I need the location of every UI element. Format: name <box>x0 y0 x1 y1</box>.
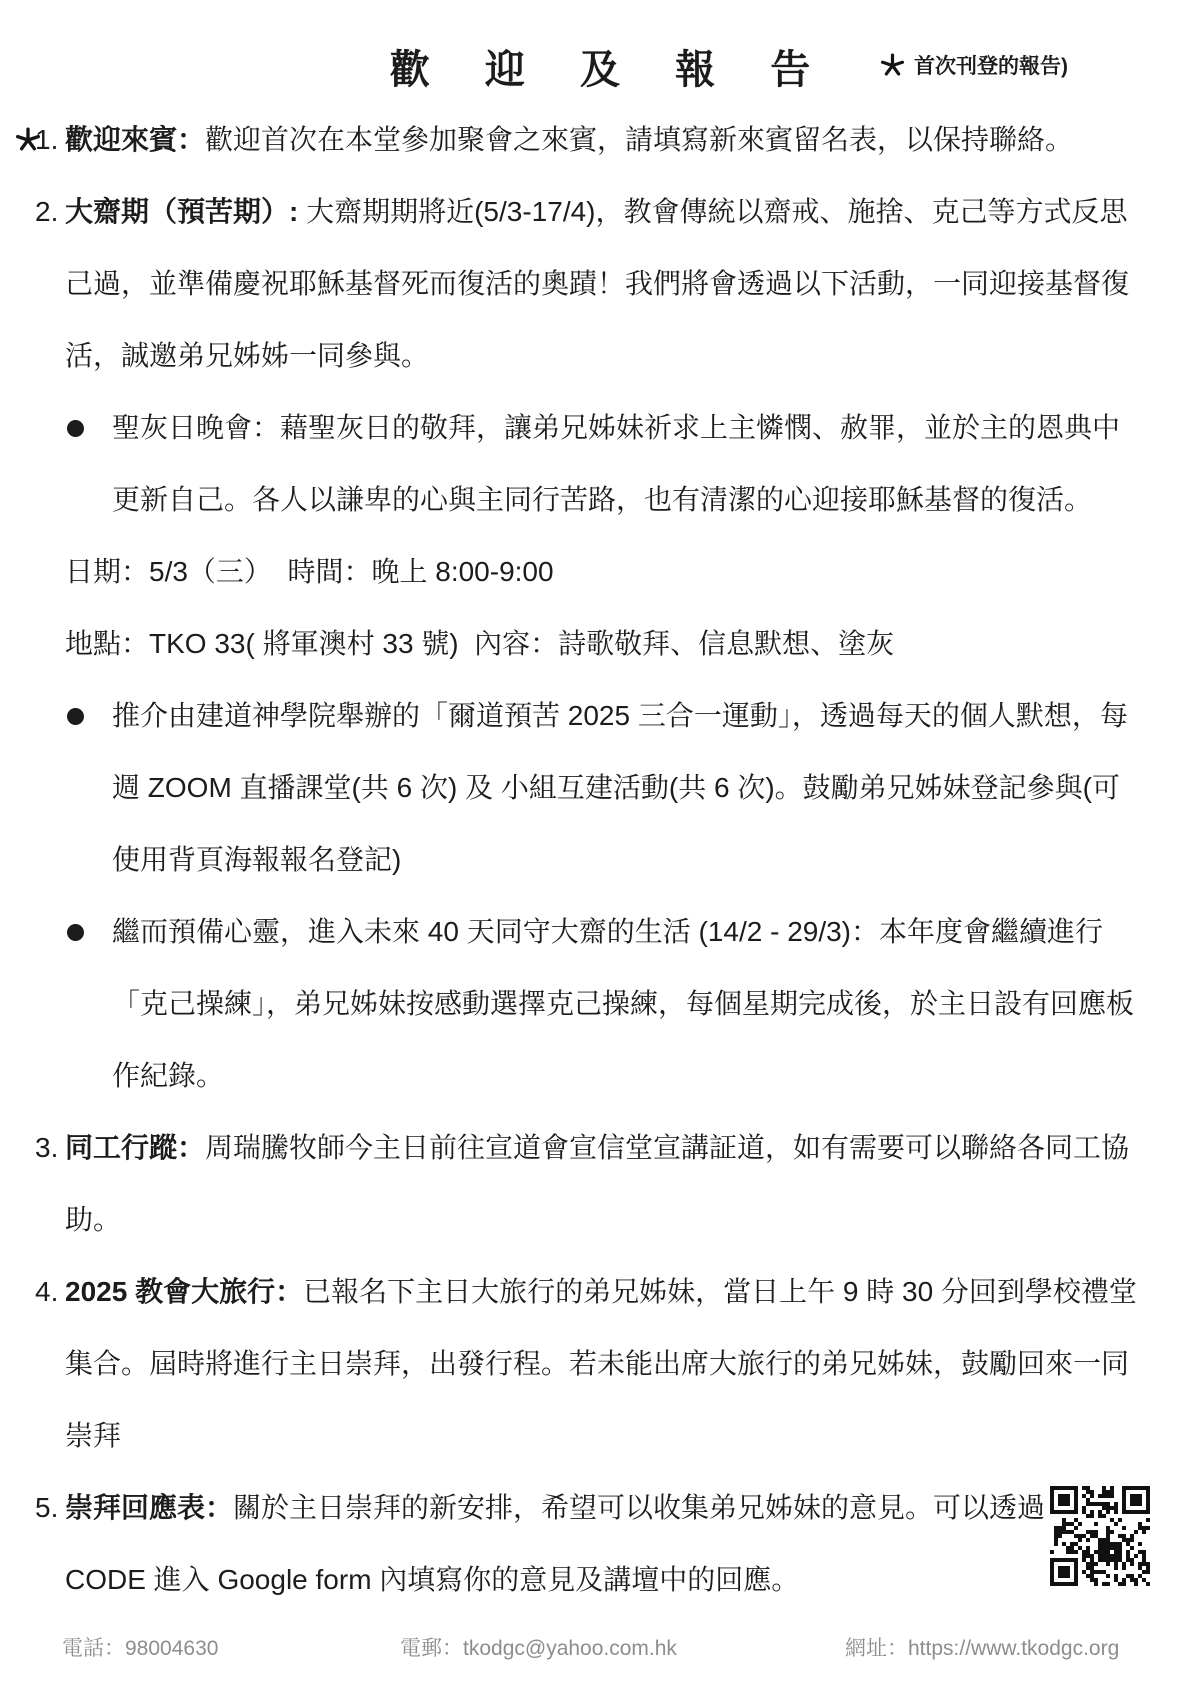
self-denial-bullet: 繼而預備心靈，進入未來 40 天同守大齋的生活 (14/2 - 29/3)：本年… <box>0 896 1200 1112</box>
item-text: 歡迎首次在本堂參加聚會之來賓，請填寫新來賓留名表，以保持聯絡。 <box>205 124 1073 155</box>
item-heading: 大齋期（預苦期）: <box>65 196 306 227</box>
item-heading: 崇拜回應表： <box>65 1492 233 1523</box>
item-heading: 同工行蹤： <box>65 1132 205 1163</box>
endao-lent-bullet: 推介由建道神學院舉辦的「爾道預苦 2025 三合一運動」，透過每天的個人默想，每… <box>0 680 1200 896</box>
footer-website: 網址：https://www.tkodgc.org <box>845 1632 1119 1662</box>
lent-item: 2. 大齋期（預苦期）: 大齋期期將近(5/3-17/4)，教會傳統以齋戒、施捨… <box>0 176 1200 392</box>
footer-phone: 電話：98004630 <box>62 1632 218 1662</box>
item-text: 周瑞騰牧師今主日前往宣道會宣信堂宣講証道，如有需要可以聯絡各同工協助。 <box>65 1132 1129 1235</box>
item-number: 5. <box>35 1472 58 1544</box>
date-time-line: 日期：5/3（三） 時間：晚上 8:00-9:00 <box>0 536 1200 608</box>
item-number: 1. <box>35 104 58 176</box>
worship-response-item: 5. 崇拜回應表：關於主日崇拜的新安排，希望可以收集弟兄姊妹的意見。可以透過 Q… <box>0 1472 1200 1616</box>
bullet-text: 聖灰日晚會：藉聖灰日的敬拜，讓弟兄姊妹祈求上主憐憫、赦罪，並於主的恩典中更新自己… <box>112 392 1144 536</box>
announcement-list: 1. 歡迎來賓：歡迎首次在本堂參加聚會之來賓，請填寫新來賓留名表，以保持聯絡。 … <box>0 104 1200 1616</box>
bullet-text: 推介由建道神學院舉辦的「爾道預苦 2025 三合一運動」，透過每天的個人默想，每… <box>112 680 1144 896</box>
ash-wednesday-bullet: 聖灰日晚會：藉聖灰日的敬拜，讓弟兄姊妹祈求上主憐憫、赦罪，並於主的恩典中更新自己… <box>0 392 1200 536</box>
item-heading: 2025 教會大旅行： <box>65 1276 303 1307</box>
page-title: 歡 迎 及 報 告 <box>0 0 1200 95</box>
item-number: 4. <box>35 1256 58 1328</box>
announcement-page: 歡 迎 及 報 告 首次刊登的報告) <box>0 0 1200 1697</box>
bullet-text: 繼而預備心靈，進入未來 40 天同守大齋的生活 (14/2 - 29/3)：本年… <box>112 896 1144 1112</box>
star-icon <box>880 53 905 78</box>
church-trip-item: 4. 2025 教會大旅行：已報名下主日大旅行的弟兄姊妹，當日上午 9 時 30… <box>0 1256 1200 1472</box>
item-heading: 歡迎來賓： <box>65 124 205 155</box>
bullet-icon <box>67 420 84 437</box>
footer-email: 電郵：tkodgc@yahoo.com.hk <box>400 1632 677 1662</box>
bullet-icon <box>67 708 84 725</box>
first-published-note-text: 首次刊登的報告) <box>914 50 1068 80</box>
bullet-icon <box>67 924 84 941</box>
item-number: 3. <box>35 1112 58 1184</box>
header: 歡 迎 及 報 告 首次刊登的報告) <box>0 0 1200 104</box>
venue-content-line: 地點：TKO 33( 將軍澳村 33 號) 內容：詩歌敬拜、信息默想、塗灰 <box>0 608 1200 680</box>
staff-itinerary-item: 3. 同工行蹤：周瑞騰牧師今主日前往宣道會宣信堂宣講証道，如有需要可以聯絡各同工… <box>0 1112 1200 1256</box>
qr-code <box>1050 1486 1150 1586</box>
welcome-guests-item: 1. 歡迎來賓：歡迎首次在本堂參加聚會之來賓，請填寫新來賓留名表，以保持聯絡。 <box>0 104 1200 176</box>
item-number: 2. <box>35 176 58 248</box>
first-published-note: 首次刊登的報告) <box>880 50 1068 80</box>
